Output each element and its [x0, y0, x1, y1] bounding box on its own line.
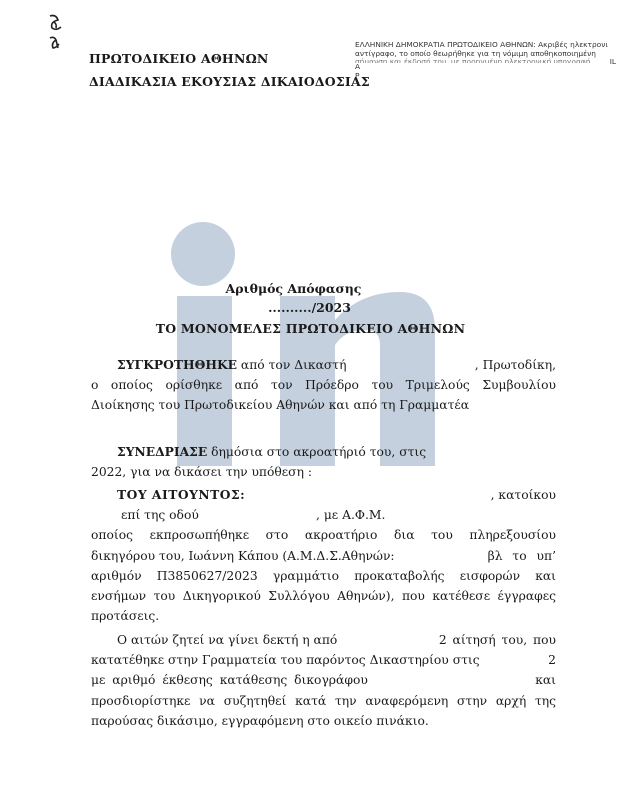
applicant-street: επί της οδού — [121, 505, 199, 525]
document-page: ΠΡΩΤΟΔΙΚΕΙΟ ΑΘΗΝΩΝ ΔΙΑΔΙΚΑΣΙΑ ΕΚΟΥΣΙΑΣ Δ… — [0, 0, 631, 804]
composition-text: από τον Δικαστή — [237, 358, 346, 372]
composition-keyword: ΣΥΓΚΡΟΤΗΘΗΚΕ — [117, 357, 237, 372]
court-header: ΠΡΩΤΟΔΙΚΕΙΟ ΑΘΗΝΩΝ ΔΙΑΔΙΚΑΣΙΑ ΕΚΟΥΣΙΑΣ Δ… — [89, 47, 370, 93]
decision-label: Αριθμός Απόφασης — [0, 281, 609, 296]
composition-paragraph: ΣΥΓΚΡΟΤΗΘΗΚΕ από τον Δικαστή , Πρωτοδίκη… — [91, 355, 556, 416]
applicant-keyword: ΤΟΥ ΑΙΤΟΥΝΤΟΣ: — [117, 487, 245, 502]
applicant-line-6: ενσήμων του Δικηγορικού Συλλόγου Αθηνών)… — [91, 586, 556, 606]
cert-line-3: σήμανση και έκδοσή του, με προηγμένη ηλε… — [355, 58, 630, 63]
cert-line-4: Α — [355, 63, 630, 72]
composition-line-3: Διοίκησης του Πρωτοδικείου Αθηνών και απ… — [91, 395, 556, 415]
composition-title: , Πρωτοδίκη, — [475, 355, 556, 375]
court-name-line: ΠΡΩΤΟΔΙΚΕΙΟ ΑΘΗΝΩΝ — [89, 47, 370, 70]
session-keyword: ΣΥΝΕΔΡΙΑΣΕ — [117, 444, 207, 459]
applicant-paragraph: ΤΟΥ ΑΙΤΟΥΝΤΟΣ: , κατοίκου επί της οδού ,… — [91, 485, 556, 626]
composition-line-2: ο οποίος ορίσθηκε από τον Πρόεδρο του Τρ… — [91, 375, 556, 395]
applicant-line-7: προτάσεις. — [91, 606, 556, 626]
request-line-2b: 2 — [548, 650, 556, 670]
applicant-line-5: αριθμόν Π3850627/2023 γραμμάτιο προκαταβ… — [91, 566, 556, 586]
request-line-1a: Ο αιτών ζητεί να γίνει δεκτή η από — [117, 633, 337, 647]
applicant-tax-id: , με Α.Φ.Μ. — [316, 505, 385, 525]
request-line-3b: και — [535, 670, 556, 690]
request-line-3a: με αριθμό έκθεσης κατάθεσης δικογράφου — [91, 673, 368, 687]
procedure-line: ΔΙΑΔΙΚΑΣΙΑ ΕΚΟΥΣΙΑΣ ΔΙΚΑΙΟΔΟΣΙΑΣ — [89, 70, 370, 93]
court-title: ΤΟ ΜΟΝΟΜΕΛΕΣ ΠΡΩΤΟΔΙΚΕΙΟ ΑΘΗΝΩΝ — [0, 321, 626, 336]
request-paragraph: Ο αιτών ζητεί να γίνει δεκτή η από 2 αίτ… — [91, 630, 556, 731]
request-line-5: παρούσας δικάσιμο, εγγραφόμενη στο οικεί… — [91, 711, 556, 731]
request-line-4: προσδιορίστηκε να συζητηθεί κατά την ανα… — [91, 691, 556, 711]
request-line-2a: κατατέθηκε στην Γραμματεία του παρόντος … — [91, 653, 480, 667]
session-text: δημόσια στο ακροατήριό του, στις — [207, 445, 426, 459]
session-paragraph: ΣΥΝΕΔΡΙΑΣΕ δημόσια στο ακροατήριό του, σ… — [91, 442, 556, 482]
cert-line-5: Ρ — [355, 72, 630, 81]
cert-tail: IL — [610, 58, 616, 67]
electronic-certification-stamp: ΕΛΛΗΝΙΚΗ ΔΗΜΟΚΡΑΤΙΑ ΠΡΩΤΟΔΙΚΕΙΟ ΑΘΗΝΩΝ: … — [355, 41, 630, 80]
applicant-lawyer: δικηγόρου του, Ιωάννη Κάπου (Α.Μ.Δ.Σ.Αθη… — [91, 549, 395, 563]
applicant-lawyer-ref: βλ το υπ’ — [488, 546, 556, 566]
handwritten-initials-icon — [44, 12, 74, 52]
decision-number: ........../2023 — [0, 300, 625, 315]
applicant-residence: , κατοίκου — [491, 485, 556, 505]
request-line-1b: 2 αίτησή του, που — [439, 630, 556, 650]
session-line-2: 2022, για να δικάσει την υπόθεση : — [91, 462, 556, 482]
applicant-line-3: οποίος εκπροσωπήθηκε στο ακροατήριο δια … — [91, 525, 556, 545]
cert-line-2: αντίγραφο, το οποίο θεωρήθηκε για τη νόμ… — [355, 50, 630, 59]
